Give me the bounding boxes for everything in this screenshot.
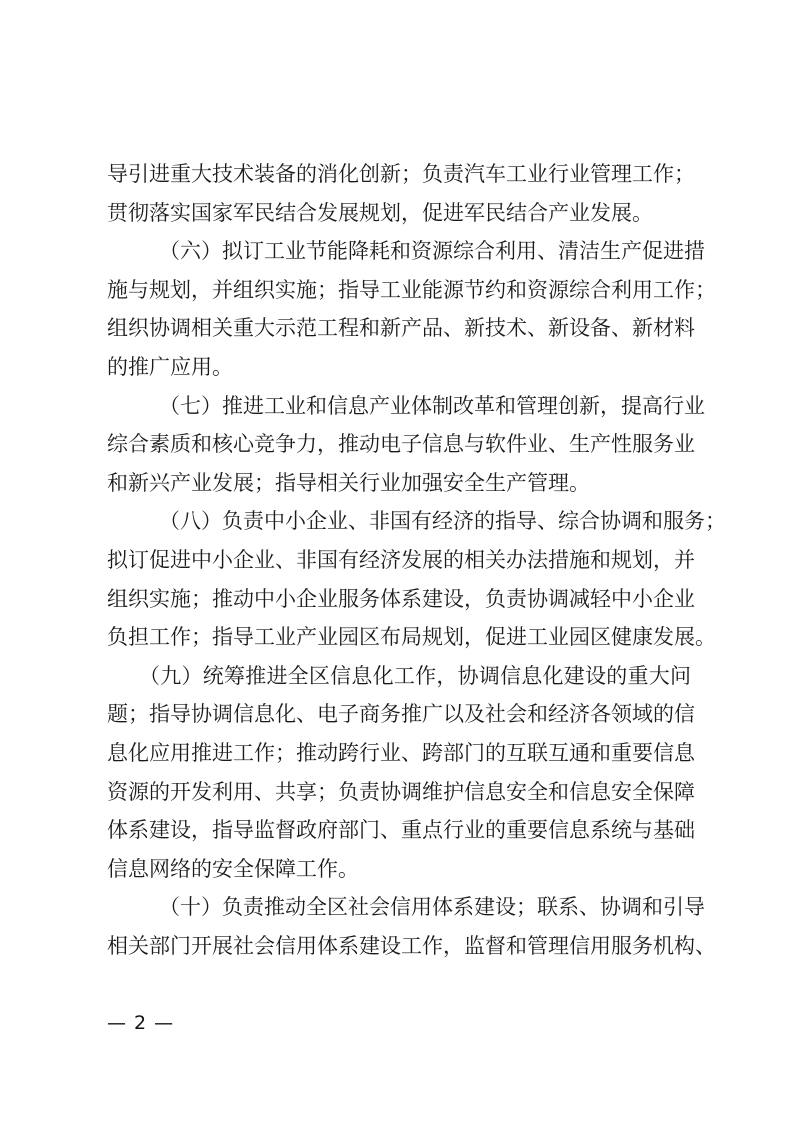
paragraph-7-heading-line: （七）推进工业和信息产业体制改革和管理创新，提高行业	[107, 387, 691, 426]
text-line: 资源的开发利用、共享；负责协调维护信息安全和信息安全保障	[107, 773, 691, 812]
text-line: 负担工作；指导工业产业园区布局规划，促进工业园区健康发展。	[107, 618, 691, 657]
paragraph-8-heading-line: （八）负责中小企业、非国有经济的指导、综合协调和服务；	[107, 502, 691, 541]
text-line: 体系建设，指导监督政府部门、重点行业的重要信息系统与基础	[107, 811, 691, 850]
text-line: 综合素质和核心竞争力，推动电子信息与软件业、生产性服务业	[107, 425, 691, 464]
paragraph-6-heading-line: （六）拟订工业节能降耗和资源综合利用、清洁生产促进措	[107, 232, 691, 271]
document-page: 导引进重大技术装备的消化创新；负责汽车工业行业管理工作； 贯彻落实国家军民结合发…	[0, 0, 793, 1122]
paragraph-9-heading-line: （九）统筹推进全区信息化工作，协调信息化建设的重大问	[107, 657, 691, 696]
text-line: 贯彻落实国家军民结合发展规划，促进军民结合产业发展。	[107, 194, 691, 233]
text-line: 信息网络的安全保障工作。	[107, 850, 691, 889]
text-line: 组织协调相关重大示范工程和新产品、新技术、新设备、新材料	[107, 309, 691, 348]
text-line: 拟订促进中小企业、非国有经济发展的相关办法措施和规划，并	[107, 541, 691, 580]
text-line: 和新兴产业发展；指导相关行业加强安全生产管理。	[107, 464, 691, 503]
text-line: 导引进重大技术装备的消化创新；负责汽车工业行业管理工作；	[107, 155, 691, 194]
document-body: 导引进重大技术装备的消化创新；负责汽车工业行业管理工作； 贯彻落实国家军民结合发…	[107, 155, 691, 965]
paragraph-10-heading-line: （十）负责推动全区社会信用体系建设；联系、协调和引导	[107, 888, 691, 927]
text-line: 施与规划，并组织实施；指导工业能源节约和资源综合利用工作；	[107, 271, 691, 310]
text-line: 的推广应用。	[107, 348, 691, 387]
text-line: 组织实施；推动中小企业服务体系建设，负责协调减轻中小企业	[107, 580, 691, 619]
text-line: 题；指导协调信息化、电子商务推广以及社会和经济各领域的信	[107, 695, 691, 734]
text-line: 相关部门开展社会信用体系建设工作，监督和管理信用服务机构、	[107, 927, 691, 966]
page-number: — 2 —	[107, 1012, 174, 1034]
text-line: 息化应用推进工作；推动跨行业、跨部门的互联互通和重要信息	[107, 734, 691, 773]
